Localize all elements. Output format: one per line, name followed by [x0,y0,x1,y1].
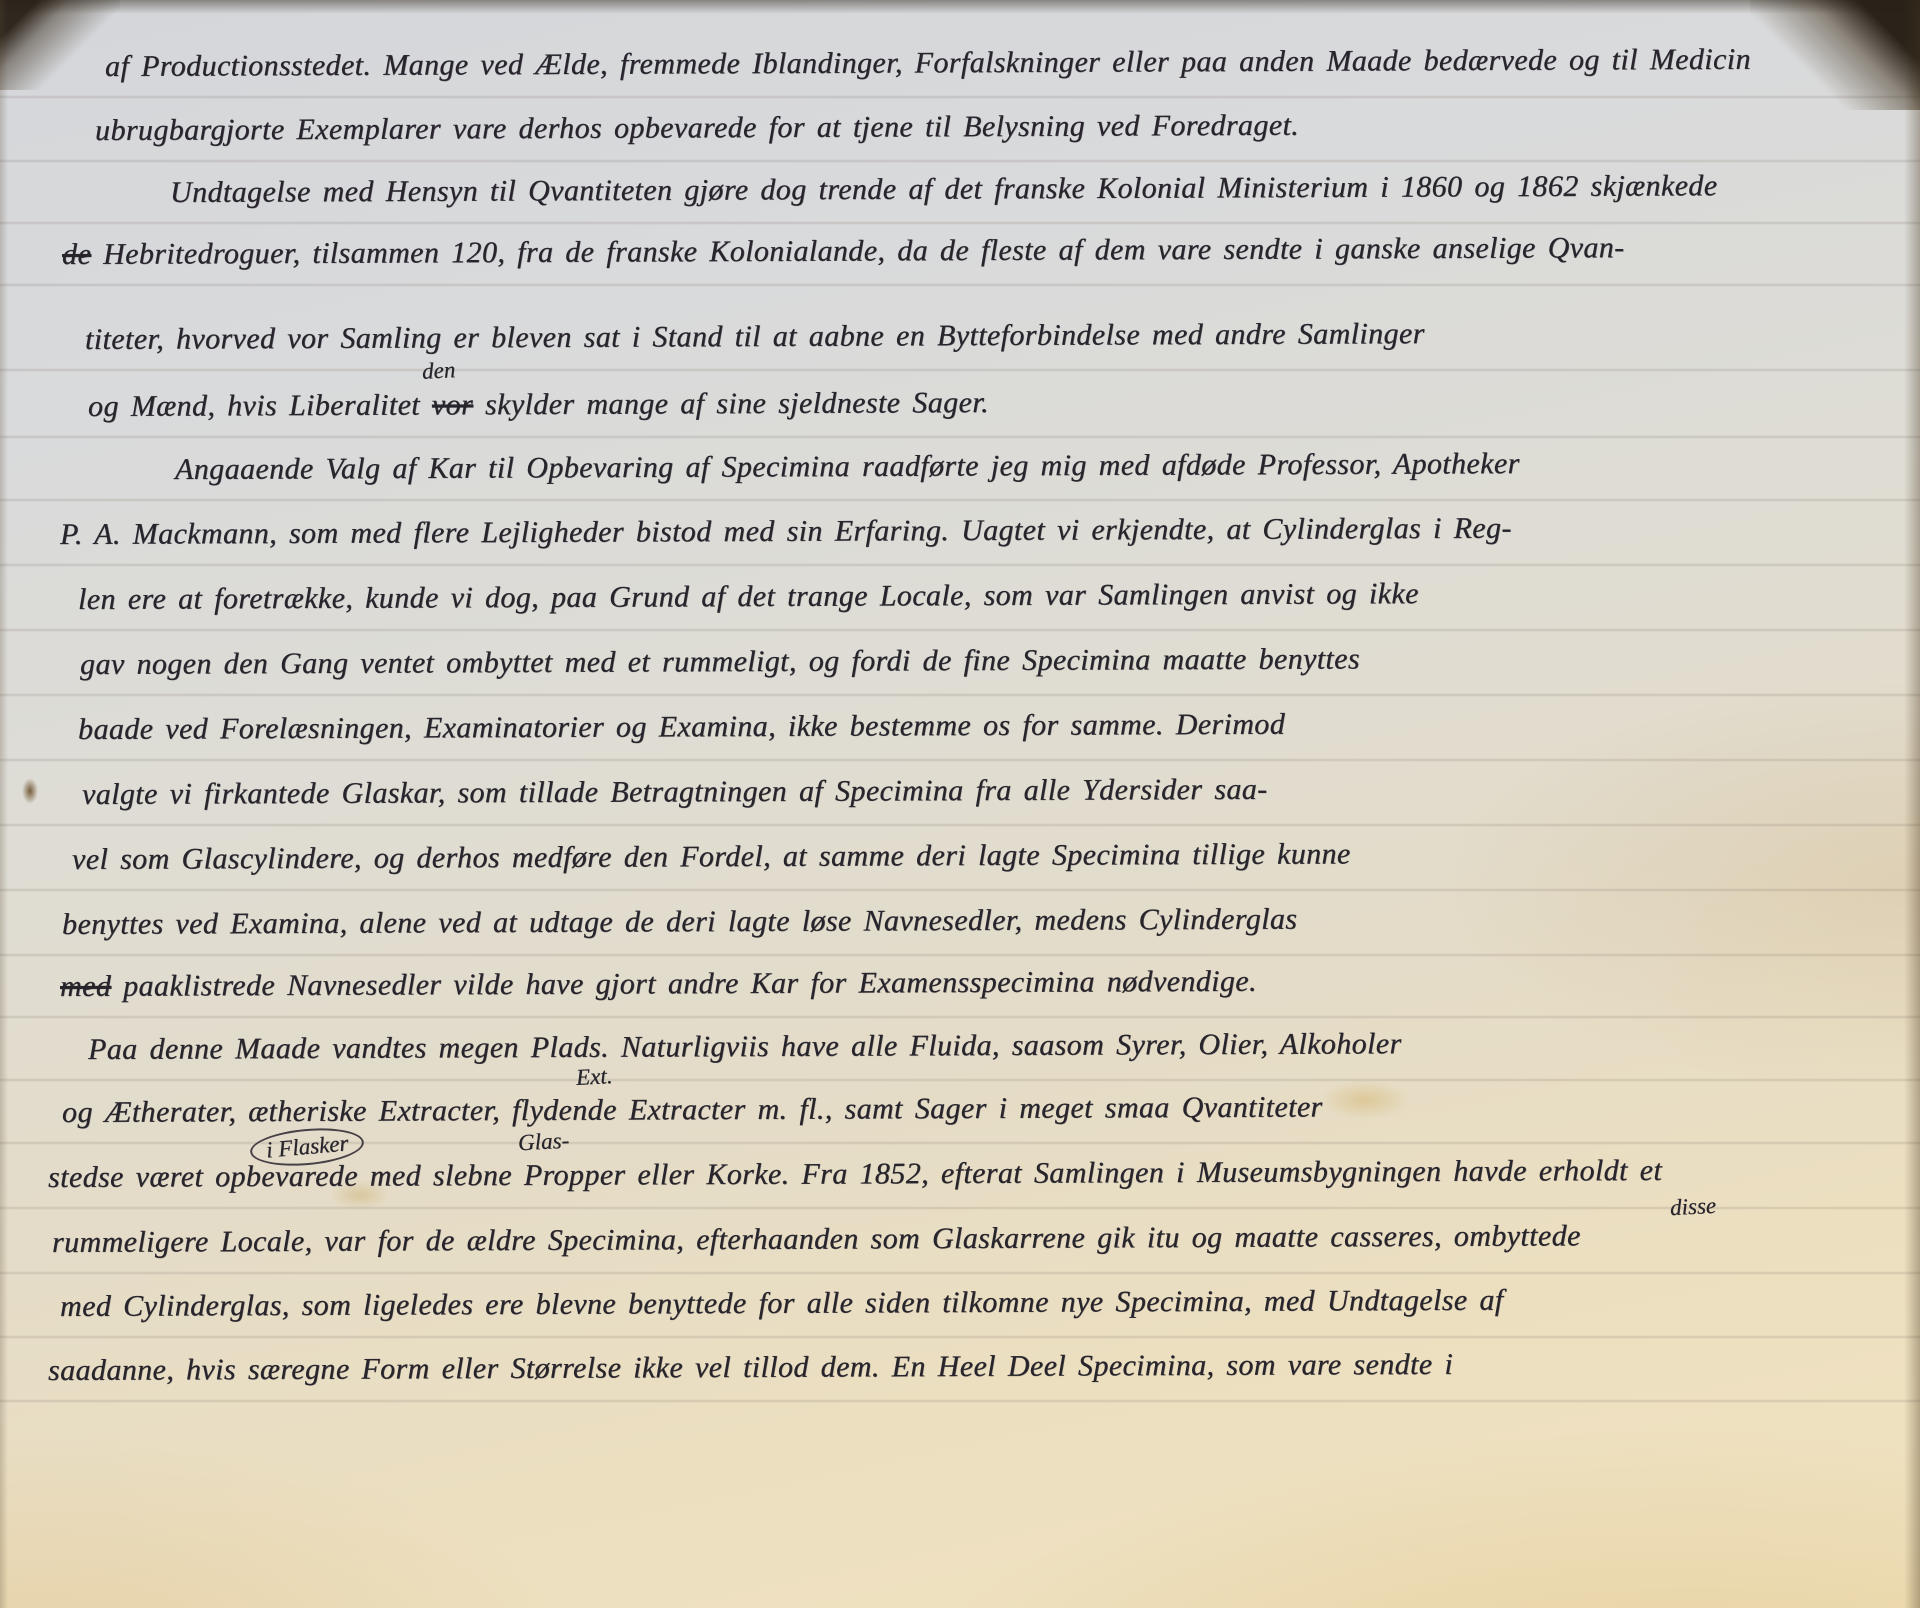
manuscript-line: Angaaende Valg af Kar til Opbevaring af … [175,449,1520,485]
manuscript-line: de Hebritedroguer, tilsammen 120, fra de… [62,233,1625,270]
ruled-line [0,1016,1920,1018]
line-text: len ere at foretrække, kunde vi dog, paa… [78,577,1419,616]
ruled-line [0,629,1920,631]
manuscript-line: og Ætherater, ætheriske Extracter, flyde… [62,1092,1323,1128]
line-text: Paa denne Maade vandtes megen Plads. Nat… [88,1027,1402,1066]
line-text: P. A. Mackmann, som med flere Lejlighede… [60,512,1512,551]
line-text: og Mænd, hvis Liberalitet [88,388,432,423]
interline-insertion: disse [1670,1193,1717,1221]
manuscript-line: titeter, hvorved vor Samling er bleven s… [85,319,1425,355]
line-text: saadanne, hvis særegne Form eller Større… [48,1348,1453,1387]
interline-insertion: Glas- [518,1128,570,1157]
ruled-line [0,222,1920,224]
ruled-line [0,160,1920,162]
line-text: Hebritedroguer, tilsammen 120, fra de fr… [91,231,1625,271]
line-text: Undtagelse med Hensyn til Qvantiteten gj… [170,169,1718,209]
photo-corner-top-right [1750,0,1920,110]
ruled-line [0,759,1920,761]
line-text: Angaaende Valg af Kar til Opbevaring af … [175,447,1520,486]
manuscript-line: med Cylinderglas, som ligeledes ere blev… [60,1286,1504,1322]
manuscript-line: gav nogen den Gang ventet ombyttet med e… [80,644,1360,680]
interline-insertion: den [422,357,457,385]
ruled-line [0,284,1920,286]
ruled-line [0,1272,1920,1274]
line-text: baade ved Forelæsningen, Examinatorier o… [78,708,1285,746]
ink-blot-stain [22,778,38,804]
line-text: af Productionsstedet. Mange ved Ælde, fr… [105,43,1751,83]
ruled-line [0,1336,1920,1338]
ruled-line [0,1400,1920,1402]
ruled-line [0,436,1920,438]
photo-edge-top [0,0,1920,14]
ruled-line [0,889,1920,891]
photo-edge-right [1904,0,1920,1608]
ruled-line [0,1079,1920,1081]
manuscript-line: saadanne, hvis særegne Form eller Større… [48,1350,1453,1386]
manuscript-line: benyttes ved Examina, alene ved at udtag… [62,905,1297,940]
line-text: titeter, hvorved vor Samling er bleven s… [85,317,1425,356]
ruled-line [0,694,1920,696]
manuscript-line: Paa denne Maade vandtes megen Plads. Nat… [88,1029,1402,1065]
manuscript-line: ubrugbargjorte Exemplarer vare derhos op… [95,111,1299,146]
line-text: paaklistrede Navnesedler vilde have gjor… [111,965,1257,1003]
ruled-line [0,824,1920,826]
struck-word: med [60,970,111,1003]
manuscript-page: af Productionsstedet. Mange ved Ælde, fr… [0,0,1920,1608]
manuscript-line: med paaklistrede Navnesedler vilde have … [60,967,1257,1002]
line-text: rummeligere Locale, var for de ældre Spe… [52,1219,1581,1259]
line-text: benyttes ved Examina, alene ved at udtag… [62,903,1297,941]
manuscript-line: af Productionsstedet. Mange ved Ælde, fr… [105,45,1751,82]
paper-stain [1320,1080,1410,1120]
struck-word: vor [432,388,473,421]
line-text: vel som Glascylindere, og derhos medføre… [72,837,1351,876]
ruled-line [0,564,1920,566]
ruled-line [0,954,1920,956]
manuscript-line: valgte vi firkantede Glaskar, som tillad… [82,775,1268,810]
interline-insertion: Ext. [575,1063,613,1091]
line-text: ubrugbargjorte Exemplarer vare derhos op… [95,109,1299,147]
manuscript-line: rummeligere Locale, var for de ældre Spe… [52,1221,1581,1258]
line-text: med Cylinderglas, som ligeledes ere blev… [60,1284,1504,1323]
manuscript-line: len ere at foretrække, kunde vi dog, paa… [78,579,1419,615]
manuscript-line: Undtagelse med Hensyn til Qvantiteten gj… [170,171,1718,208]
line-text: valgte vi firkantede Glaskar, som tillad… [82,773,1268,811]
ruled-line [0,369,1920,371]
line-text: gav nogen den Gang ventet ombyttet med e… [80,642,1360,681]
ruled-line [0,96,1920,98]
photo-edge-left [0,0,8,1608]
manuscript-line: vel som Glascylindere, og derhos medføre… [72,839,1351,875]
line-text: og Ætherater, ætheriske Extracter, flyde… [62,1090,1323,1129]
struck-word: de [62,238,91,271]
manuscript-line: og Mænd, hvis Liberalitet vor skylder ma… [88,388,989,422]
ruled-line [0,499,1920,501]
line-text: skylder mange af sine sjeldneste Sager. [473,386,989,421]
ruled-line [0,1207,1920,1209]
manuscript-line: baade ved Forelæsningen, Examinatorier o… [78,710,1285,745]
photo-corner-top-left [0,0,120,90]
manuscript-line: P. A. Mackmann, som med flere Lejlighede… [60,514,1512,550]
